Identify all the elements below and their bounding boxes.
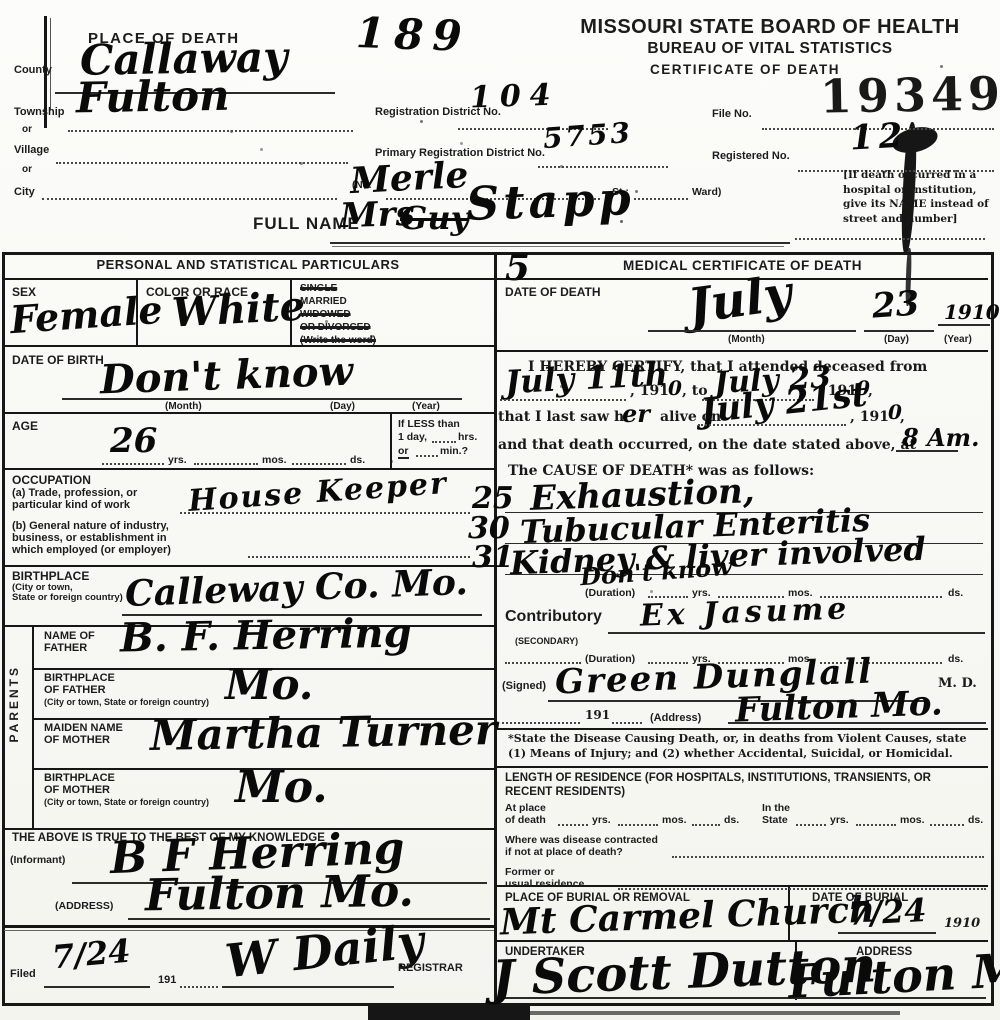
where-line: [672, 856, 984, 858]
township-line: [68, 130, 353, 132]
cell-divider: [390, 412, 392, 468]
informant-address-value: Fulton Mo.: [145, 870, 414, 919]
contributory-line: [608, 632, 985, 634]
where-contracted-label1: Where was disease contracted: [505, 834, 658, 846]
in-state-mos: mos.: [900, 814, 925, 826]
former-line: [618, 888, 986, 890]
attended-line: [500, 399, 626, 401]
occupation-a2: particular kind of work: [12, 499, 130, 512]
village-line: [56, 162, 348, 164]
filed-year-line: [180, 986, 218, 988]
father-name-label1: NAME OF: [44, 630, 95, 643]
at-place-mos: mos.: [662, 814, 687, 826]
comma: ,: [868, 382, 873, 400]
hospital-note: [If death occurred in a hospital or inst…: [843, 168, 995, 227]
marital-write-word: (Write the word): [300, 335, 376, 347]
date-of-death-month: July: [685, 269, 794, 331]
min-label: min.?: [440, 445, 468, 457]
undertaker-address-value: Fulton Mo: [787, 945, 1000, 1005]
occupation-b-line: [248, 556, 470, 558]
age-yrs-label: yrs.: [168, 454, 187, 466]
father-bp-value: Mo.: [225, 664, 313, 706]
death-occurred-text: and that death occurred, on the date sta…: [498, 436, 916, 454]
dob-value: Don't know: [99, 352, 353, 401]
signed-label: (Signed): [502, 680, 546, 693]
registration-district-value: 104: [470, 80, 561, 113]
or-min-label: or: [398, 445, 409, 459]
last-saw-her: er: [622, 402, 650, 426]
md-label: M. D.: [938, 676, 977, 693]
registered-no-value: 12: [849, 119, 908, 156]
age-ds-label: ds.: [350, 454, 365, 466]
last-saw-year-prefix: , 191: [850, 408, 889, 426]
attended-from-year-digit: 0: [668, 378, 682, 398]
res-line: [856, 824, 896, 826]
min-line: [416, 455, 438, 457]
marital-option-divorced: OR DIVORCED: [300, 322, 371, 334]
address-line: [128, 918, 490, 920]
duration-label: (Duration): [585, 587, 635, 599]
occupation-a-line: [180, 512, 470, 514]
scan-bottom-band: [368, 1006, 530, 1020]
death-time-value: 8 Am.: [902, 426, 979, 450]
handwritten-page-number: 189: [355, 12, 471, 58]
age-value: 26: [110, 424, 157, 458]
personal-title: PERSONAL AND STATISTICAL PARTICULARS: [2, 258, 494, 273]
father-bp-label2: OF FATHER: [44, 684, 106, 697]
last-saw-line: [698, 424, 846, 426]
rule: [497, 766, 988, 768]
physician-address-line: [728, 722, 986, 724]
rule: [497, 350, 988, 352]
marital-option-widowed: WIDOWED: [300, 309, 351, 321]
full-name-line: [330, 242, 790, 244]
registered-no-label: Registered No.: [712, 150, 790, 163]
occupation-b1: (b) General nature of industry,: [12, 520, 169, 533]
where-contracted-label2: if not at place of death?: [505, 846, 623, 858]
one-day-label: 1 day,: [398, 431, 427, 443]
res-line: [796, 824, 826, 826]
city-label: City: [14, 186, 35, 199]
res-line: [558, 824, 588, 826]
mother-name-value: Martha Turner: [150, 709, 498, 757]
city-line: [42, 198, 337, 200]
parents-divider: [32, 625, 34, 828]
dob-label: DATE OF BIRTH: [12, 354, 104, 368]
bureau-title: BUREAU OF VITAL STATISTICS: [545, 40, 995, 58]
filed-year-prefix: 191: [158, 974, 176, 987]
dod-month-sublabel: (Month): [728, 334, 765, 346]
hrs-line: [432, 441, 456, 443]
primary-district-line: [538, 166, 668, 168]
full-name-struck: Guy: [400, 202, 469, 234]
at-place-ds: ds.: [724, 814, 739, 826]
filed-date-value: 7/24: [51, 935, 132, 974]
age-mos-label: mos.: [262, 454, 287, 466]
informant-address-label: (ADDRESS): [55, 900, 113, 912]
county-label: County: [14, 64, 52, 77]
occupation-b2: business, or establishment in: [12, 532, 167, 545]
residence-title-line1: LENGTH OF RESIDENCE (FOR HOSPITALS, INST…: [505, 772, 931, 785]
occupation-label: OCCUPATION: [12, 474, 91, 488]
duration2-ds: ds.: [948, 653, 963, 665]
last-saw-text1: that I last saw h: [498, 408, 624, 426]
age-line: [194, 463, 258, 465]
cause-code-3: 31: [472, 543, 514, 573]
rule: [4, 345, 494, 347]
village-label: Village: [14, 144, 49, 157]
mother-name-label1: MAIDEN NAME: [44, 722, 123, 735]
age-line: [102, 463, 164, 465]
in-state-label1: In the: [762, 802, 790, 814]
birthplace-sub2: State or foreign country): [12, 593, 123, 604]
signed-year-prefix: 191: [585, 708, 610, 724]
full-name-inserted: Merle: [349, 157, 469, 199]
parents-label: PARENTS: [8, 665, 22, 742]
residence-title-line2: RECENT RESIDENTS): [505, 786, 625, 799]
cause-code-1: 25: [472, 484, 514, 514]
dod-year-sublabel: (Year): [944, 334, 972, 346]
signed-year-line: [502, 722, 580, 724]
at-place-label2: of death: [505, 814, 546, 826]
at-place-label1: At place: [505, 802, 546, 814]
dod-day-sublabel: (Day): [884, 334, 909, 346]
primary-district-value: 5753: [542, 119, 634, 153]
dob-year-label: (Year): [412, 401, 440, 413]
burial-date-value: 7/24: [847, 894, 927, 930]
full-name-surname: Stapp: [465, 175, 635, 227]
certificate-number-stamp: 19349: [819, 64, 1000, 127]
informant-label: (Informant): [10, 854, 65, 866]
color-value: White: [171, 287, 306, 334]
dod-year-line: [938, 324, 990, 326]
marital-option-married: MARRIED: [300, 296, 347, 308]
father-name-label2: FATHER: [44, 642, 87, 655]
father-bp-label1: BIRTHPLACE: [44, 672, 115, 685]
full-name-line: [332, 246, 784, 247]
signed-year-line: [612, 722, 642, 724]
cause-line-3: [505, 574, 983, 575]
sex-value: Female: [9, 291, 164, 340]
mother-bp-value: Mo.: [235, 766, 328, 810]
attended-from-year-prefix: , 191: [630, 382, 669, 400]
filed-label: Filed: [10, 968, 36, 981]
death-certificate: PLACE OF DEATH 189 County Callaway Towns…: [0, 0, 1000, 1020]
age-label: AGE: [12, 420, 38, 434]
at-place-yrs: yrs.: [592, 814, 611, 826]
age-line: [292, 463, 346, 465]
township-value: Fulton: [76, 75, 230, 120]
contributory-value: Ex Jasume: [640, 594, 851, 631]
contributory-label: Contributory: [505, 608, 602, 626]
in-state-label2: State: [762, 814, 788, 826]
dod-month-line: [648, 330, 856, 332]
filed-line: [44, 986, 150, 988]
file-no-label: File No.: [712, 108, 752, 121]
father-name-value: B. F. Herring: [120, 613, 412, 658]
res-line: [618, 824, 658, 826]
board-title: MISSOURI STATE BOARD OF HEALTH: [545, 16, 995, 39]
date-of-death-year: 1910: [944, 302, 1000, 322]
dob-month-label: (Month): [165, 401, 202, 413]
physician-address-label: (Address): [650, 712, 701, 725]
former-residence-label2: usual residence: [505, 878, 584, 890]
occupation-a1: (a) Trade, profession, or: [12, 487, 137, 500]
occupation-b3: which employed (or employer): [12, 544, 171, 557]
registrar-label: REGISTRAR: [398, 962, 463, 975]
footnote-line1: *State the Disease Causing Death, or, in…: [508, 732, 967, 746]
township-label: Township: [14, 106, 65, 119]
in-state-ds: ds.: [968, 814, 983, 826]
date-of-death-day: 23: [871, 286, 921, 323]
footnote-line2: (1) Means of Injury; and (2) whether Acc…: [508, 747, 953, 761]
dob-line: [62, 398, 462, 400]
mother-bp-sub: (City or town, State or foreign country): [44, 797, 209, 807]
mother-name-label2: OF MOTHER: [44, 734, 110, 747]
mother-bp-label1: BIRTHPLACE: [44, 772, 115, 785]
secondary-label: (SECONDARY): [515, 636, 578, 646]
full-name-line-right: [795, 238, 985, 240]
ward-line: [634, 198, 688, 200]
registrar-line: [222, 986, 394, 988]
duration-ds: ds.: [948, 587, 963, 599]
ward-label: Ward): [692, 186, 721, 198]
column-divider: [494, 252, 497, 1002]
former-residence-label1: Former or: [505, 866, 555, 878]
father-bp-sub: (City or town, State or foreign country): [44, 697, 209, 707]
birthplace-value: Calleway Co. Mo.: [124, 564, 468, 612]
if-less-label: If LESS than: [398, 418, 460, 430]
burial-year: 1910: [944, 916, 980, 933]
in-state-yrs: yrs.: [830, 814, 849, 826]
burial-date-line: [838, 932, 936, 934]
rule: [4, 278, 494, 280]
date-of-death-label: DATE OF DEATH: [505, 286, 601, 300]
hrs-label: hrs.: [458, 431, 477, 443]
res-line: [692, 824, 720, 826]
res-line: [930, 824, 964, 826]
dob-day-label: (Day): [330, 401, 355, 413]
scan-bottom-band: [530, 1011, 900, 1015]
dod-day-line: [864, 330, 934, 332]
death-time-line: [896, 450, 958, 452]
or-label: or: [22, 124, 32, 136]
marital-option-single: SINGLE: [300, 283, 337, 295]
or-label: or: [22, 164, 32, 176]
mother-bp-label2: OF MOTHER: [44, 784, 110, 797]
